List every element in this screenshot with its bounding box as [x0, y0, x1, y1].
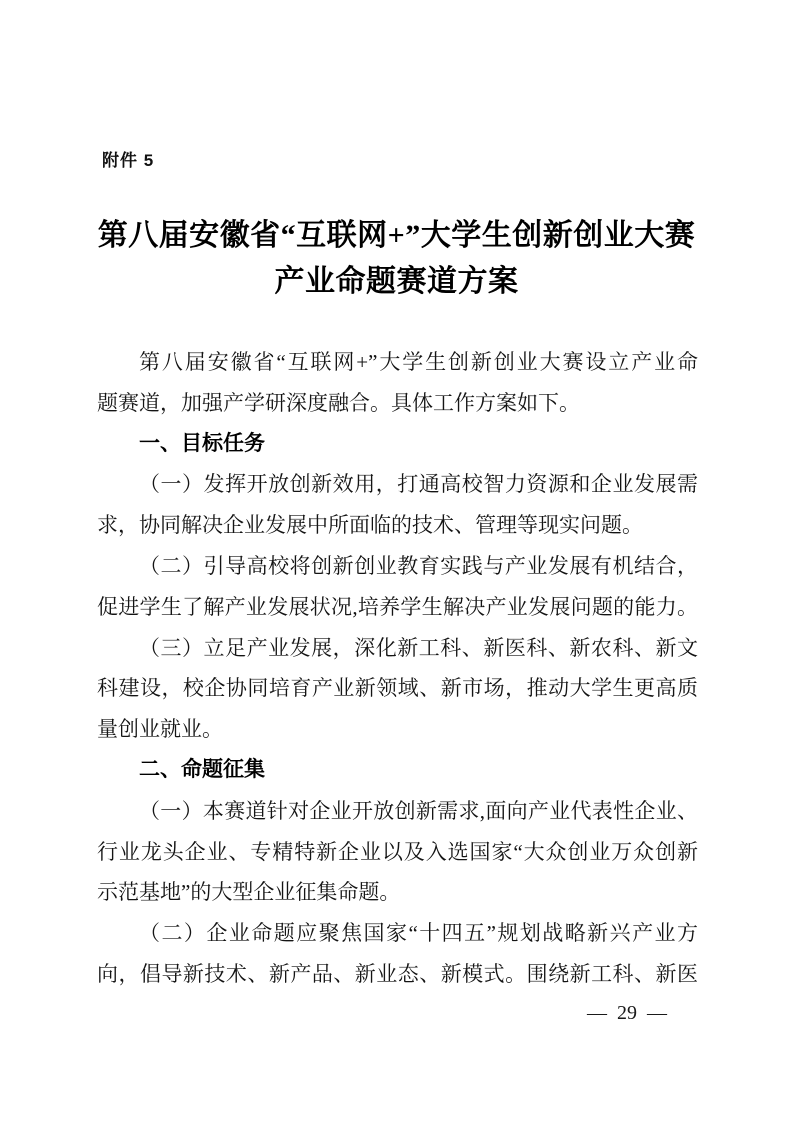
page-footer: —29—	[587, 1001, 667, 1025]
body-line: 向，倡导新技术、新产品、新业态、新模式。围绕新工科、新医	[97, 954, 698, 995]
body-line: 第八届安徽省“互联网+”大学生创新创业大赛设立产业命	[97, 342, 698, 383]
body-line: （一）发挥开放创新效用，打通高校智力资源和企业发展需	[97, 464, 698, 505]
body-line: （三）立足产业发展，深化新工科、新医科、新农科、新文	[97, 628, 698, 669]
attachment-label: 附件 5	[102, 151, 154, 171]
document-title: 第八届安徽省“互联网+”大学生创新创业大赛 产业命题赛道方案	[0, 213, 793, 305]
body-line: 量创业就业。	[97, 709, 698, 750]
body-line: 求，协同解决企业发展中所面临的技术、管理等现实问题。	[97, 505, 698, 546]
document-page: 附件 5 第八届安徽省“互联网+”大学生创新创业大赛 产业命题赛道方案 第八届安…	[0, 0, 793, 1122]
body-line: 题赛道，加强产学研深度融合。具体工作方案如下。	[97, 383, 698, 424]
body-line: （一）本赛道针对企业开放创新需求,面向产业代表性企业、	[97, 791, 698, 832]
body-line: （二）引导高校将创新创业教育实践与产业发展有机结合，	[97, 546, 698, 587]
title-line-2: 产业命题赛道方案	[0, 259, 793, 305]
body-line: 示范基地”的大型企业征集命题。	[97, 872, 698, 913]
body-line: （二）企业命题应聚焦国家“十四五”规划战略新兴产业方	[97, 913, 698, 954]
title-line-1: 第八届安徽省“互联网+”大学生创新创业大赛	[0, 213, 793, 259]
body-line: 促进学生了解产业发展状况,培养学生解决产业发展问题的能力。	[97, 587, 698, 628]
section-heading-2: 二、命题征集	[97, 750, 698, 791]
body-line: 科建设，校企协同培育产业新领域、新市场，推动大学生更高质	[97, 668, 698, 709]
footer-dash-right: —	[647, 1001, 667, 1025]
document-body: 第八届安徽省“互联网+”大学生创新创业大赛设立产业命 题赛道，加强产学研深度融合…	[97, 342, 698, 995]
section-heading-1: 一、目标任务	[97, 424, 698, 465]
page-number: 29	[617, 1001, 637, 1025]
body-line: 行业龙头企业、专精特新企业以及入选国家“大众创业万众创新	[97, 832, 698, 873]
footer-dash-left: —	[587, 1001, 607, 1025]
